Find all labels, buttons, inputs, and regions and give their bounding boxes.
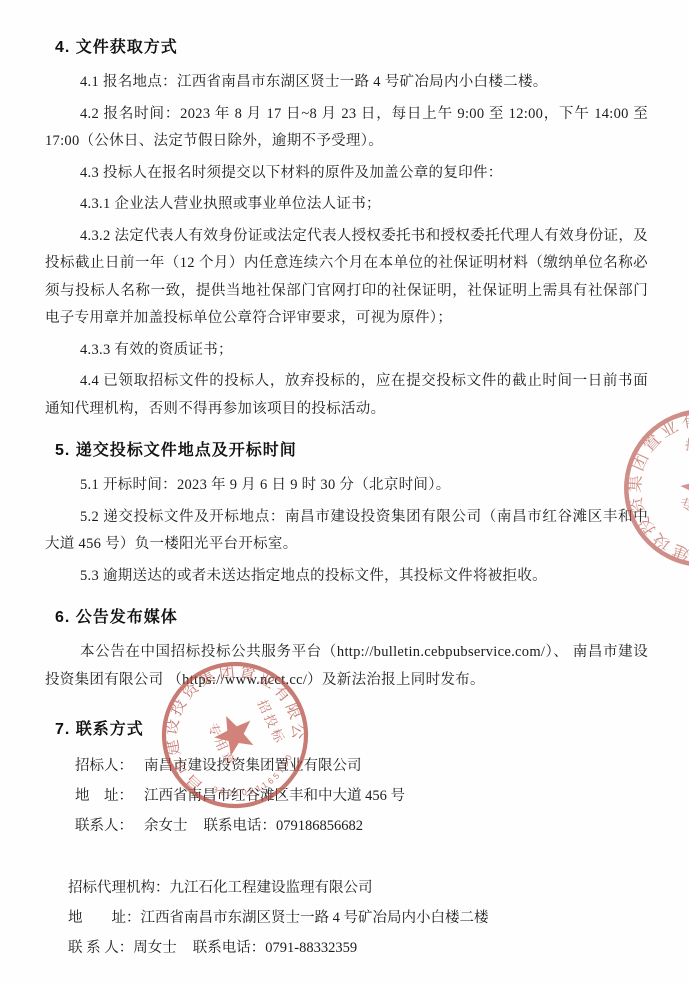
contact-value: 江西省南昌市红谷滩区丰和中大道 456 号 xyxy=(144,781,405,811)
paragraph: 4.2 报名时间：2023 年 8 月 17 日~8 月 23 日，每日上午 9… xyxy=(45,101,648,156)
contact-label: 地 址： xyxy=(68,903,141,933)
section-heading: 6. 公告发布媒体 xyxy=(45,604,648,627)
contact-label: 地 址： xyxy=(75,781,138,811)
contact-label: 联 系 人： xyxy=(68,933,133,963)
contact-block-tenderer: 招标人： 南昌市建设投资集团置业有限公司 地 址： 江西省南昌市红谷滩区丰和中大… xyxy=(45,751,648,841)
section-heading: 4. 文件获取方式 xyxy=(45,34,648,57)
section-announcement-media: 6. 公告发布媒体 本公告在中国招标投标公共服务平台（http://bullet… xyxy=(45,604,648,694)
paragraph: 5.3 逾期送达的或者未送达指定地点的投标文件，其投标文件将被拒收。 xyxy=(45,563,648,591)
section-bid-submission: 5. 递交投标文件地点及开标时间 5.1 开标时间：2023 年 9 月 6 日… xyxy=(45,437,648,590)
contact-person: 周女士 xyxy=(133,933,177,963)
paragraph: 5.1 开标时间：2023 年 9 月 6 日 9 时 30 分（北京时间）。 xyxy=(45,472,648,500)
phone-label: 联系电话： xyxy=(204,811,277,841)
paragraph: 本公告在中国招标投标公共服务平台（http://bulletin.cebpubs… xyxy=(45,639,648,694)
contact-label: 招标代理机构： xyxy=(68,873,170,903)
contact-value: 江西省南昌市东湖区贤士一路 4 号矿冶局内小白楼二楼 xyxy=(141,903,489,933)
contact-row: 地 址： 江西省南昌市红谷滩区丰和中大道 456 号 xyxy=(75,781,648,811)
paragraph: 4.3.1 企业法人营业执照或事业单位法人证书； xyxy=(45,191,648,219)
section-heading: 7. 联系方式 xyxy=(45,716,648,739)
paragraph: 4.4 已领取招标文件的投标人，放弃投标的，应在提交投标文件的截止时间一日前书面… xyxy=(45,368,648,423)
section-file-acquisition: 4. 文件获取方式 4.1 报名地点：江西省南昌市东湖区贤士一路 4 号矿冶局内… xyxy=(45,34,648,423)
section-heading: 5. 递交投标文件地点及开标时间 xyxy=(45,437,648,460)
contact-person: 余女士 xyxy=(144,811,188,841)
contact-value: 南昌市建设投资集团置业有限公司 xyxy=(144,751,362,781)
paragraph: 5.2 递交投标文件及开标地点：南昌市建设投资集团有限公司（南昌市红谷滩区丰和中… xyxy=(45,504,648,559)
contact-row: 联 系 人： 周女士 联系电话： 0791-88332359 xyxy=(68,933,648,963)
contact-row: 联系人： 余女士 联系电话： 079186856682 xyxy=(75,811,648,841)
contact-value: 九江石化工程建设监理有限公司 xyxy=(170,873,373,903)
paragraph: 4.3.2 法定代表人有效身份证或法定代表人授权委托书和授权委托代理人有效身份证… xyxy=(45,223,648,333)
contact-block-agency: 招标代理机构： 九江石化工程建设监理有限公司 地 址： 江西省南昌市东湖区贤士一… xyxy=(45,873,648,963)
contact-row: 地 址： 江西省南昌市东湖区贤士一路 4 号矿冶局内小白楼二楼 xyxy=(68,903,648,933)
phone-label: 联系电话： xyxy=(193,933,266,963)
paragraph: 4.1 报名地点：江西省南昌市东湖区贤士一路 4 号矿冶局内小白楼二楼。 xyxy=(45,69,648,97)
contact-row: 招标人： 南昌市建设投资集团置业有限公司 xyxy=(75,751,648,781)
paragraph: 4.3.3 有效的资质证书； xyxy=(45,337,648,365)
contact-label: 招标人： xyxy=(75,751,138,781)
section-contact-info: 7. 联系方式 招标人： 南昌市建设投资集团置业有限公司 地 址： 江西省南昌市… xyxy=(45,716,648,963)
contact-row: 招标代理机构： 九江石化工程建设监理有限公司 xyxy=(68,873,648,903)
phone-value: 079186856682 xyxy=(276,811,363,841)
document-page: 4. 文件获取方式 4.1 报名地点：江西省南昌市东湖区贤士一路 4 号矿冶局内… xyxy=(0,0,689,983)
contact-label: 联系人： xyxy=(75,811,138,841)
paragraph: 4.3 投标人在报名时须提交以下材料的原件及加盖公章的复印件： xyxy=(45,160,648,188)
phone-value: 0791-88332359 xyxy=(265,933,357,963)
